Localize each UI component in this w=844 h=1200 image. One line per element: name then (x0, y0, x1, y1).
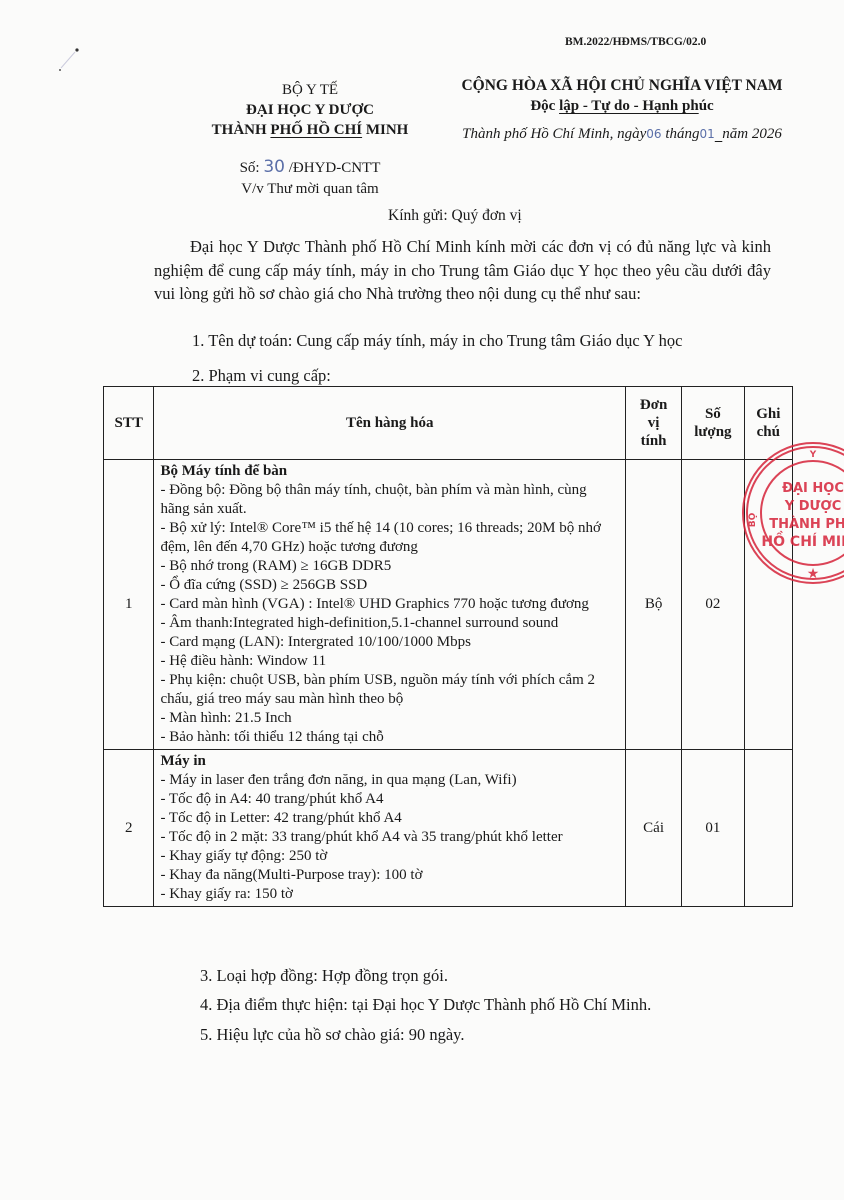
svg-text:Y DƯỢC: Y DƯỢC (784, 499, 842, 514)
intro-paragraph: Đại học Y Dược Thành phố Hồ Chí Minh kín… (154, 235, 771, 306)
goods-spec-line: - Ổ đĩa cứng (SSD) ≥ 256GB SSD (160, 576, 619, 595)
table-header-row: STT Tên hàng hóa Đơnvịtính Sốlượng Ghich… (104, 387, 793, 460)
form-code: BM.2022/HĐMS/TBCG/02.0 (565, 36, 706, 48)
goods-spec-line: - Âm thanh:Integrated high-definition,5.… (160, 614, 619, 633)
goods-title: Máy in (160, 752, 619, 771)
document-number: Số: 30 /ĐHYD-CNTT (160, 157, 460, 177)
goods-spec-line: - Bộ nhớ trong (RAM) ≥ 16GB DDR5 (160, 557, 619, 576)
table-row: 1Bộ Máy tính để bàn- Đồng bộ: Đồng bộ th… (104, 460, 793, 750)
svg-text:Y: Y (809, 450, 817, 460)
goods-spec-line: - Máy in laser đen trắng đơn năng, in qu… (160, 771, 619, 790)
ministry-name: BỘ Y TẾ (160, 80, 460, 100)
row-goods-description: Máy in- Máy in laser đen trắng đơn năng,… (154, 750, 626, 907)
university-name-line2: THÀNH PHỐ HỒ CHÍ MINH (160, 120, 460, 140)
table-row: 2Máy in- Máy in laser đen trắng đơn năng… (104, 750, 793, 907)
header-unit: Đơnvịtính (625, 387, 681, 460)
issue-date: Thành phố Hồ Chí Minh, ngày06 tháng01 nă… (432, 126, 812, 143)
university-name-line1: ĐẠI HỌC Y DƯỢC (160, 100, 460, 120)
svg-text:THÀNH PHỐ: THÀNH PHỐ (769, 514, 844, 532)
nation-header: CỘNG HÒA XÃ HỘI CHỦ NGHĨA VIỆT NAM Độc l… (432, 76, 812, 143)
goods-spec-line: - Tốc độ in Letter: 42 trang/phút khổ A4 (160, 809, 619, 828)
goods-spec-line: - Bảo hành: tối thiểu 12 tháng tại chỗ (160, 728, 619, 747)
goods-spec-line: - Khay giấy tự động: 250 tờ (160, 847, 619, 866)
official-seal-icon: Y ĐẠI HỌC Y DƯỢC THÀNH PHỐ HỒ CHÍ MINH B… (738, 438, 844, 588)
goods-title: Bộ Máy tính để bàn (160, 462, 619, 481)
goods-spec-line: - Tốc độ in 2 mặt: 33 trang/phút khổ A4 … (160, 828, 619, 847)
header-qty: Sốlượng (682, 387, 744, 460)
goods-spec-line: - Tốc độ in A4: 40 trang/phút khổ A4 (160, 790, 619, 809)
goods-spec-line: - Khay giấy ra: 150 tờ (160, 885, 619, 904)
goods-spec-line: - Khay đa năng(Multi-Purpose tray): 100 … (160, 866, 619, 885)
goods-spec-line: - Hệ điều hành: Window 11 (160, 652, 619, 671)
section-1: 1. Tên dự toán: Cung cấp máy tính, máy i… (192, 331, 682, 351)
svg-text:BỘ: BỘ (747, 512, 758, 527)
goods-spec-line: - Card mạng (LAN): Intergrated 10/100/10… (160, 633, 619, 652)
header-stt: STT (104, 387, 154, 460)
issuer-header: BỘ Y TẾ ĐẠI HỌC Y DƯỢC THÀNH PHỐ HỒ CHÍ … (160, 80, 460, 140)
row-unit: Cái (625, 750, 681, 907)
row-stt: 1 (104, 460, 154, 750)
goods-table: STT Tên hàng hóa Đơnvịtính Sốlượng Ghich… (103, 386, 793, 907)
nation-name: CỘNG HÒA XÃ HỘI CHỦ NGHĨA VIỆT NAM (432, 76, 812, 96)
scan-mark-icon (55, 44, 85, 74)
section-5: 5. Hiệu lực của hồ sơ chào giá: 90 ngày. (200, 1025, 464, 1045)
goods-spec-line: - Phụ kiện: chuột USB, bàn phím USB, ngu… (160, 671, 619, 709)
row-qty: 01 (682, 750, 744, 907)
svg-text:HỒ CHÍ MINH: HỒ CHÍ MINH (761, 531, 844, 550)
greeting: Kính gửi: Quý đơn vị (388, 207, 522, 225)
row-qty: 02 (682, 460, 744, 750)
row-goods-description: Bộ Máy tính để bàn- Đồng bộ: Đồng bộ thâ… (154, 460, 626, 750)
svg-text:ĐẠI HỌC: ĐẠI HỌC (782, 481, 844, 496)
row-stt: 2 (104, 750, 154, 907)
section-2: 2. Phạm vi cung cấp: (192, 366, 331, 386)
section-4: 4. Địa điểm thực hiện: tại Đại học Y Dượ… (200, 995, 651, 1015)
handwritten-number: 30 (263, 157, 285, 177)
header-name: Tên hàng hóa (154, 387, 626, 460)
national-motto: Độc lập - Tự do - Hạnh phúc (432, 96, 812, 116)
goods-spec-line: - Màn hình: 21.5 Inch (160, 709, 619, 728)
document-subject: V/v Thư mời quan tâm (160, 181, 460, 198)
section-3: 3. Loại hợp đồng: Hợp đồng trọn gói. (200, 966, 448, 986)
row-unit: Bộ (625, 460, 681, 750)
svg-text:★: ★ (807, 566, 820, 582)
goods-spec-line: - Bộ xử lý: Intel® Core™ i5 thế hệ 14 (1… (160, 519, 619, 557)
goods-spec-line: - Đồng bộ: Đồng bộ thân máy tính, chuột,… (160, 481, 619, 519)
goods-spec-line: - Card màn hình (VGA) : Intel® UHD Graph… (160, 595, 619, 614)
row-note (744, 750, 792, 907)
